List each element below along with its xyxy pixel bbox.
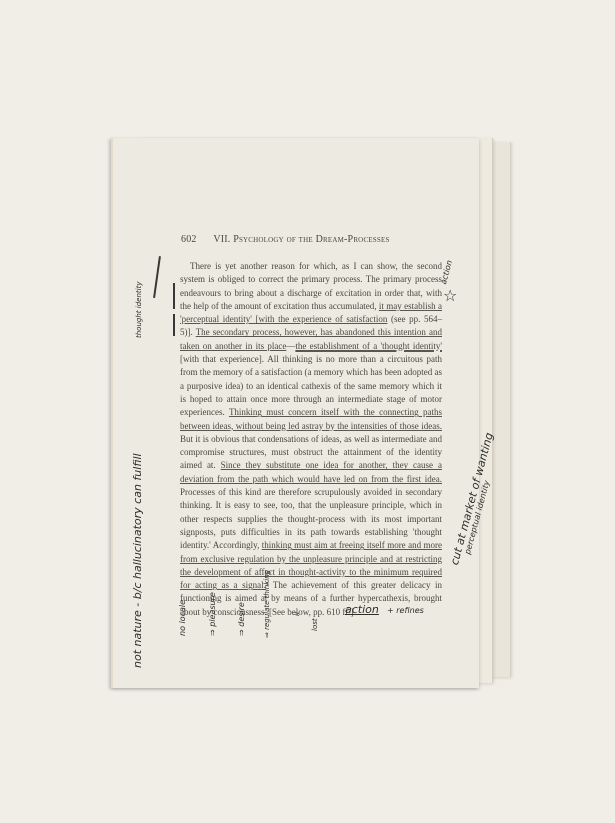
annotation-action: action <box>345 603 379 616</box>
underlined-passage: the establishment of a 'thought identity… <box>295 341 442 351</box>
annotation-chain-item: no locale <box>178 600 187 636</box>
annotation-chain-item: lost <box>311 618 319 631</box>
page-number: 602 <box>181 234 197 245</box>
annotation-chain-item: ⇒ desire <box>237 602 246 636</box>
annotation-chain-item: ⇒ pleasure <box>208 592 217 636</box>
paragraph: There is yet another reason for which, a… <box>180 260 442 619</box>
document-page: 602 VII. Psychology of the Dream-Process… <box>111 138 479 688</box>
annotation-left-margin: not nature - b/c hallucinatory can fulfi… <box>131 453 144 668</box>
annotation-chain-item: ⇒ regulate thinking <box>263 570 271 638</box>
annotation-left-top: thought identity <box>135 282 143 338</box>
margin-bar <box>173 283 175 309</box>
annotation-chain-item: ii <box>293 612 301 616</box>
body-text: There is yet another reason for which, a… <box>180 260 442 619</box>
margin-bar <box>173 314 175 336</box>
running-title: VII. Psychology of the Dream-Processes <box>213 234 389 245</box>
star-annotation: ☆ <box>443 286 457 305</box>
arrow-mark <box>153 256 160 298</box>
annotation-refines: + refines <box>387 606 424 615</box>
page-header: 602 VII. Psychology of the Dream-Process… <box>181 234 390 245</box>
